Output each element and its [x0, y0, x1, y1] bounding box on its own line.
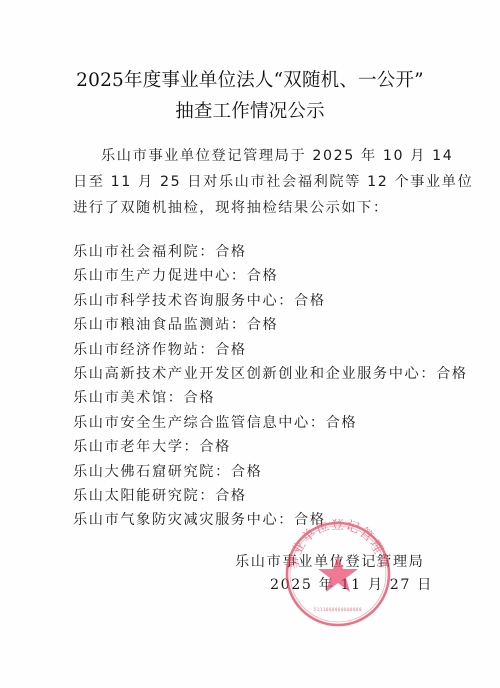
result-status: 合格 [215, 342, 247, 358]
result-item: 乐山市粮油食品监测站：合格 [73, 313, 468, 337]
result-status: 合格 [294, 293, 326, 309]
intro-paragraph-line-2: 日至 11 月 25 日对乐山市社会福利院等 12 个事业单位 [73, 171, 433, 191]
result-status: 合格 [436, 366, 468, 382]
result-status: 合格 [294, 512, 326, 528]
result-item: 乐山市科学技术咨询服务中心：合格 [73, 289, 468, 313]
result-status: 合格 [184, 390, 216, 406]
result-status: 合格 [215, 244, 247, 260]
result-status: 合格 [215, 488, 247, 504]
result-item: 乐山太阳能研究院：合格 [73, 484, 468, 508]
result-item: 乐山市生产力促进中心：合格 [73, 264, 468, 288]
result-item: 乐山市气象防灾减灾服务中心：合格 [73, 508, 468, 532]
result-item: 乐山高新技术产业开发区创新创业和企业服务中心：合格 [73, 362, 468, 386]
document-title-line-2: 抽查工作情况公示 [0, 97, 500, 123]
result-item: 乐山大佛石窟研究院：合格 [73, 460, 468, 484]
svg-text:5111000000000000: 5111000000000000 [314, 607, 362, 612]
inspection-results-list: 乐山市社会福利院：合格 乐山市生产力促进中心：合格 乐山市科学技术咨询服务中心：… [73, 240, 468, 533]
document-title-line-1: 2025年度事业单位法人“双随机、一公开” [0, 66, 500, 92]
intro-paragraph-line-1: 乐山市事业单位登记管理局于 2025 年 10 月 14 [101, 145, 461, 165]
result-item: 乐山市老年大学：合格 [73, 435, 468, 459]
result-status: 合格 [326, 415, 358, 431]
result-status: 合格 [247, 268, 279, 284]
signature-organization: 乐山市事业单位登记管理局 [235, 551, 424, 571]
result-item: 乐山市安全生产综合监管信息中心：合格 [73, 411, 468, 435]
result-item: 乐山市经济作物站：合格 [73, 338, 468, 362]
result-status: 合格 [247, 317, 279, 333]
document-page: 2025年度事业单位法人“双随机、一公开” 抽查工作情况公示 乐山市事业单位登记… [0, 0, 500, 688]
signature-date: 2025 年 11 月 27 日 [270, 574, 433, 594]
result-item: 乐山市社会福利院：合格 [73, 240, 468, 264]
intro-paragraph-line-3: 进行了双随机抽检，现将抽检结果公示如下： [73, 197, 433, 217]
result-status: 合格 [231, 464, 263, 480]
result-item: 乐山市美术馆：合格 [73, 386, 468, 410]
result-status: 合格 [199, 439, 231, 455]
